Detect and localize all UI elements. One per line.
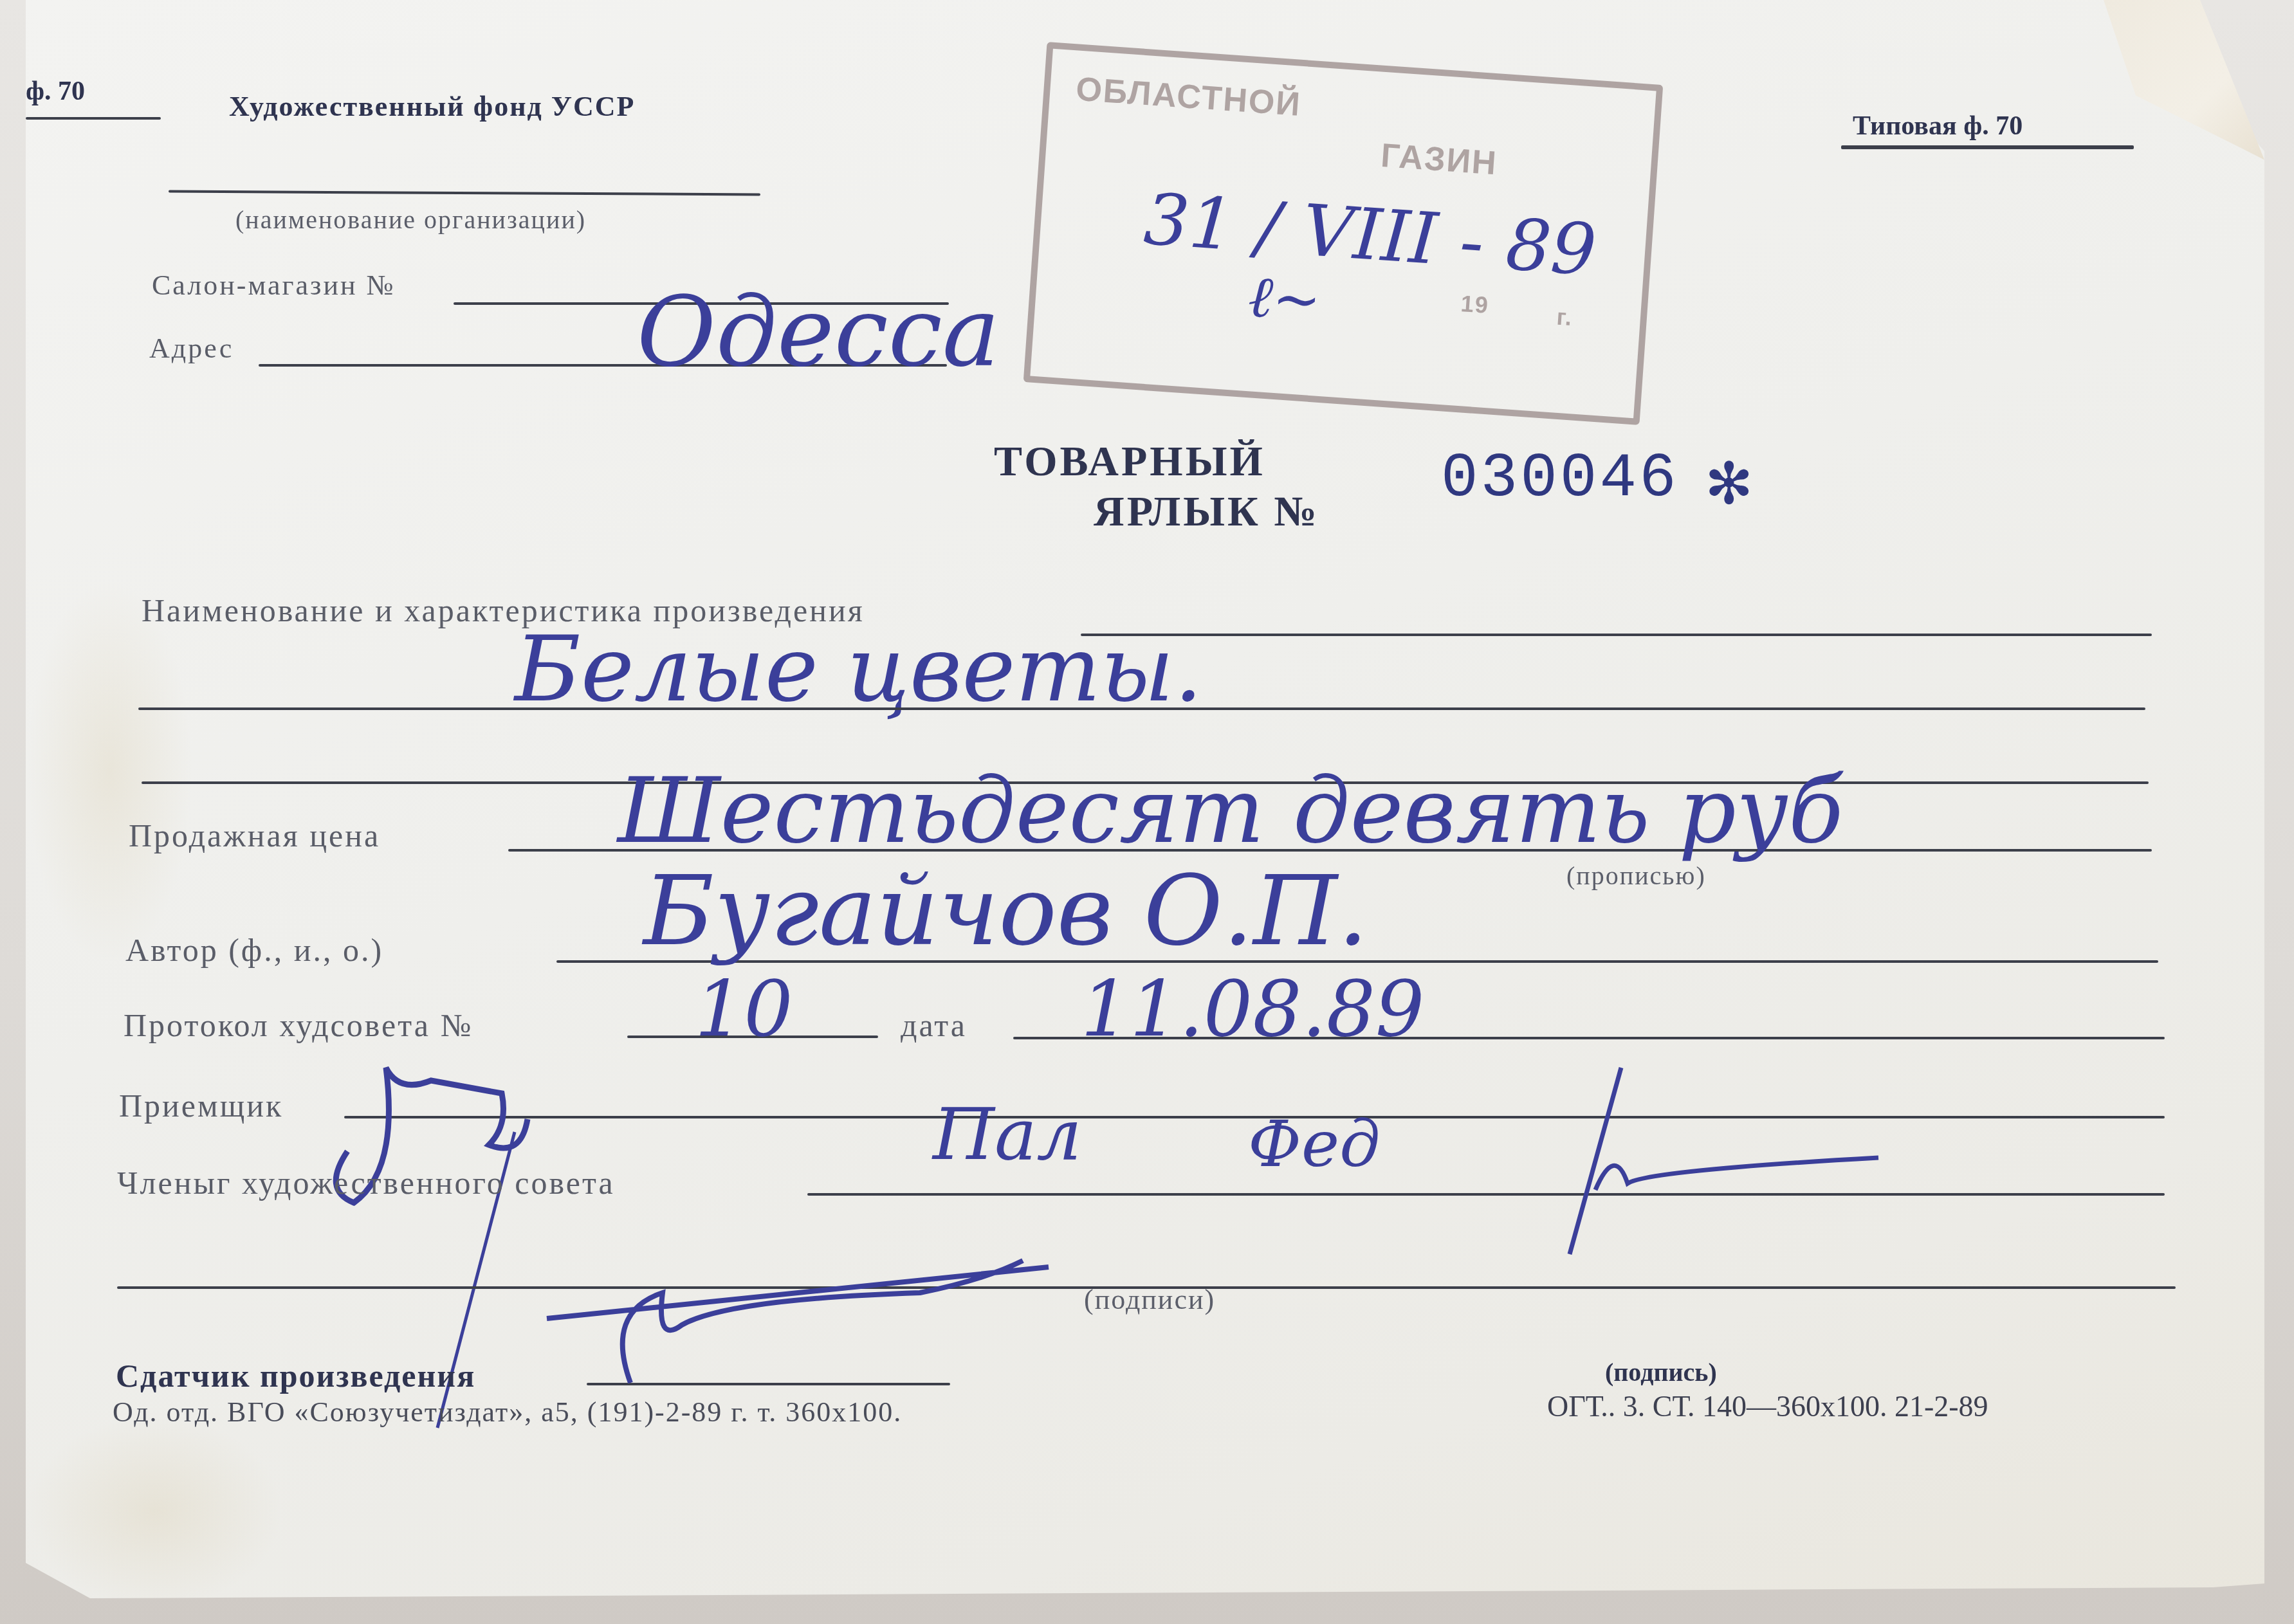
protocol-label: Протокол худсовета № (124, 1007, 473, 1044)
price-caption: (прописью) (1566, 861, 1706, 891)
form-code-left: ф. 70 (26, 76, 85, 107)
organization-header: Художественный фонд УССР (229, 90, 636, 123)
protocol-value: 10 (695, 965, 793, 1054)
serial-number: 030046 (1441, 444, 1679, 514)
stamp-line-2: ГАЗИН (1380, 136, 1499, 183)
paper-stain (26, 579, 193, 965)
price-label: Продажная цена (129, 817, 380, 854)
stamp-date: 31 / VIII - 89 (1141, 178, 1599, 292)
council-signature-1: Пал (933, 1093, 1082, 1176)
artwork-value: Белые цветы. (515, 617, 1203, 722)
artwork-line-1 (1081, 634, 2152, 636)
underline (1841, 145, 2134, 149)
underline (26, 117, 161, 120)
title-line-2: ЯРЛЫК № (1094, 488, 1319, 536)
submitter-signature (534, 1254, 1113, 1402)
stamp-year: 19 (1460, 290, 1490, 319)
artwork-line-2 (138, 707, 2145, 710)
footer-left: Од. отд. ВГО «Союзучетиздат», а5, (191)-… (113, 1396, 902, 1428)
paper-stain (26, 1415, 283, 1608)
org-name-caption: (наименование организации) (235, 205, 586, 235)
footer-right: ОГТ.. 3. СТ. 140—360x100. 21-2-89 (1547, 1389, 1988, 1423)
author-value: Бугайчов О.П. (643, 855, 1368, 967)
receiver-label: Приемщик (119, 1087, 283, 1124)
council-line (807, 1193, 2165, 1196)
address-value: Одесса (637, 277, 1000, 388)
author-label: Автор (ф., и., о.) (125, 931, 383, 969)
form-code-right: Типовая ф. 70 (1853, 111, 2023, 141)
address-label: Адрес (149, 332, 234, 365)
date-value: 11.08.89 (1081, 965, 1424, 1054)
stamp-g: г. (1555, 304, 1574, 332)
council-signature-3 (1544, 1061, 1898, 1273)
stamp-signature: ℓ~ (1246, 262, 1323, 335)
stamp-line-1: ОБЛАСТНОЙ (1075, 70, 1303, 124)
council-signature-2: Фед (1248, 1106, 1381, 1182)
salon-label: Салон-магазин № (152, 269, 396, 302)
title-line-1: ТОВАРНЫЙ (994, 437, 1265, 486)
stamp: ОБЛАСТНОЙ ГАЗИН 19 г. 31 / VIII - 89 ℓ~ (1023, 42, 1664, 425)
price-value: Шестьдесят девять руб (618, 759, 1843, 864)
signature-caption: (подпись) (1605, 1357, 1717, 1387)
serial-mark-icon: ✻ (1705, 450, 1753, 518)
date-label: дата (901, 1007, 967, 1044)
council-label: Членыг художественного совета (117, 1164, 615, 1201)
submitter-label: Сдатчик произведения (116, 1357, 475, 1394)
